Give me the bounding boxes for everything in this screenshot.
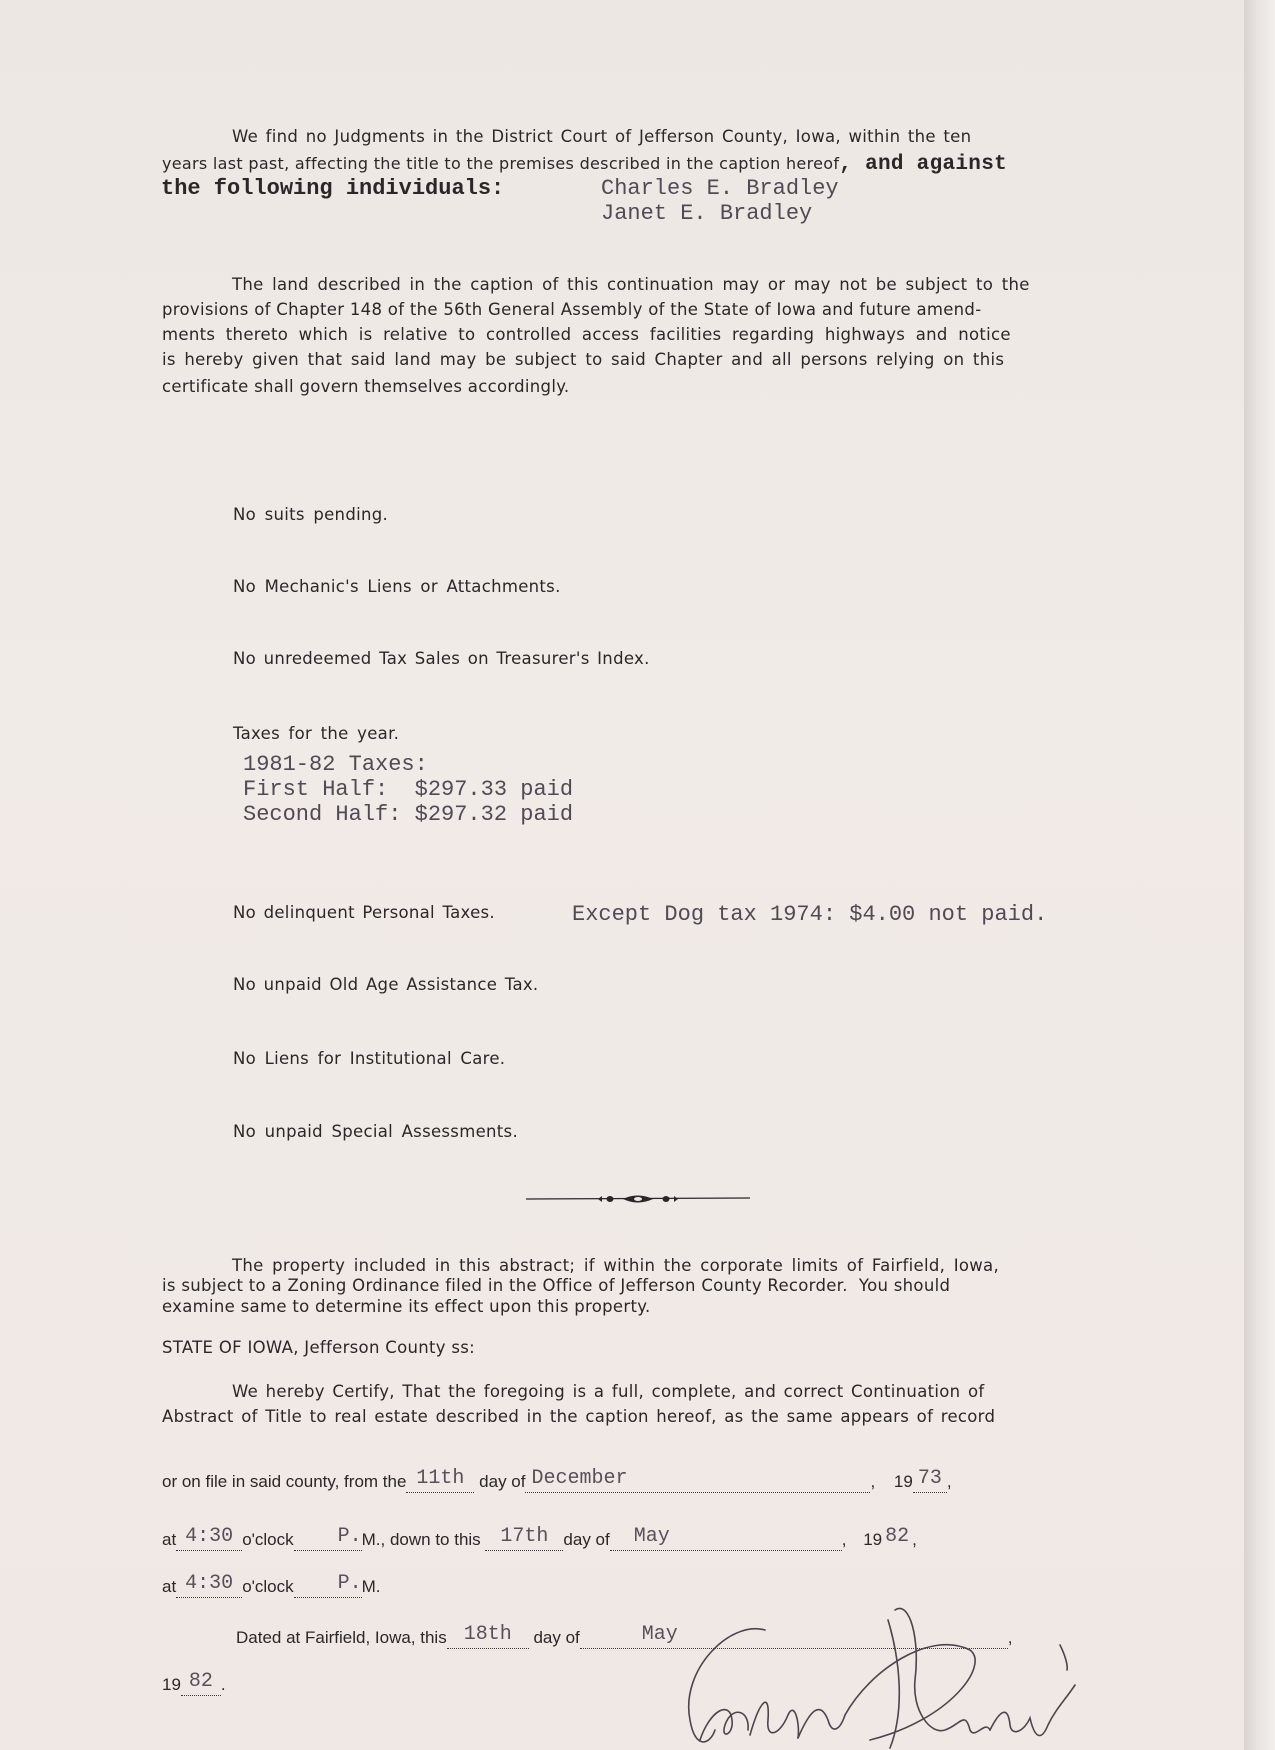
- statement-suits: No suits pending.: [233, 505, 388, 524]
- oclock-label-2: o'clock: [242, 1577, 293, 1596]
- m-down-label: M., down to this: [362, 1530, 481, 1549]
- judgments-line-2-printed: years last past, affecting the title to …: [162, 154, 839, 173]
- venue-statement: STATE OF IOWA, Jefferson County ss:: [162, 1338, 475, 1357]
- paper-edge-shadow: [1244, 0, 1275, 1750]
- dated-day-of: day of: [533, 1628, 579, 1647]
- dated-prefix: Dated at Fairfield, Iowa, this: [236, 1628, 447, 1647]
- zoning-line-1: The property included in this abstract; …: [232, 1256, 999, 1275]
- from-day-field[interactable]: 11th: [406, 1473, 474, 1493]
- judgments-line-3: the following individuals:: [161, 176, 504, 201]
- access-line-3: ments thereto which is relative to contr…: [162, 325, 1011, 344]
- dated-year-field[interactable]: 82: [181, 1676, 221, 1696]
- dated-year-prefix: 19: [162, 1675, 181, 1694]
- certification-line-1: We hereby Certify, That the foregoing is…: [232, 1382, 984, 1401]
- to-year-field[interactable]: 82: [882, 1531, 912, 1550]
- judgments-line-2: years last past, affecting the title to …: [162, 153, 1007, 176]
- to-ampm-field[interactable]: P.: [294, 1578, 362, 1598]
- certification-time-line: at4:30o'clockP.M.: [162, 1577, 381, 1598]
- zoning-line-3: examine same to determine its effect upo…: [162, 1297, 651, 1316]
- individual-2: Janet E. Bradley: [601, 201, 812, 226]
- day-of-label: day of: [479, 1472, 525, 1491]
- statement-taxes-label: Taxes for the year.: [233, 724, 399, 743]
- certification-to-line: at4:30o'clockP.M., down to this 17thday …: [162, 1530, 917, 1551]
- to-time-field[interactable]: 4:30: [176, 1578, 242, 1598]
- statement-institutional: No Liens for Institutional Care.: [233, 1049, 505, 1068]
- individual-1: Charles E. Bradley: [601, 176, 839, 201]
- taxes-heading: 1981-82 Taxes:: [243, 752, 428, 777]
- taxes-second-half: Second Half: $297.32 paid: [243, 802, 573, 827]
- at-label-2: at: [162, 1577, 176, 1596]
- judgments-line-2-typed: , and against: [839, 153, 1007, 176]
- signature: [670, 1590, 1170, 1750]
- from-prefix: or on file in said county, from the: [162, 1472, 406, 1491]
- year-prefix: 19: [894, 1472, 913, 1491]
- to-month-field[interactable]: May: [610, 1531, 842, 1551]
- access-line-2: provisions of Chapter 148 of the 56th Ge…: [162, 300, 981, 319]
- day-of-label-2: day of: [563, 1530, 609, 1549]
- personal-taxes-exception: Except Dog tax 1974: $4.00 not paid.: [572, 902, 1047, 927]
- access-line-5: certificate shall govern themselves acco…: [162, 377, 569, 396]
- statement-special: No unpaid Special Assessments.: [233, 1122, 518, 1141]
- certification-line-2: Abstract of Title to real estate describ…: [162, 1407, 995, 1426]
- to-day-field[interactable]: 17th: [485, 1531, 563, 1551]
- from-ampm-field[interactable]: P.: [294, 1531, 362, 1551]
- access-line-1: The land described in the caption of thi…: [232, 275, 1030, 294]
- statement-tax-sales: No unredeemed Tax Sales on Treasurer's I…: [233, 649, 650, 668]
- from-month-field[interactable]: December: [525, 1473, 870, 1493]
- judgments-line-1: We find no Judgments in the District Cou…: [232, 127, 971, 146]
- statement-personal-taxes: No delinquent Personal Taxes.: [233, 903, 495, 922]
- access-line-4: is hereby given that said land may be su…: [162, 350, 1004, 369]
- statement-liens: No Mechanic's Liens or Attachments.: [233, 577, 561, 596]
- from-year-field[interactable]: 73: [913, 1473, 947, 1493]
- zoning-line-2: is subject to a Zoning Ordinance filed i…: [162, 1276, 950, 1295]
- statement-old-age: No unpaid Old Age Assistance Tax.: [233, 975, 538, 994]
- dated-day-field[interactable]: 18th: [447, 1629, 529, 1649]
- from-time-field[interactable]: 4:30: [176, 1531, 242, 1551]
- at-label: at: [162, 1530, 176, 1549]
- oclock-label: o'clock: [242, 1530, 293, 1549]
- dated-year-line: 1982.: [162, 1675, 226, 1696]
- year-prefix-2: 19: [863, 1530, 882, 1549]
- certification-from-line: or on file in said county, from the11th …: [162, 1472, 952, 1493]
- taxes-first-half: First Half: $297.33 paid: [243, 777, 573, 802]
- m-end-label: M.: [362, 1577, 381, 1596]
- ornamental-divider: [526, 1192, 750, 1206]
